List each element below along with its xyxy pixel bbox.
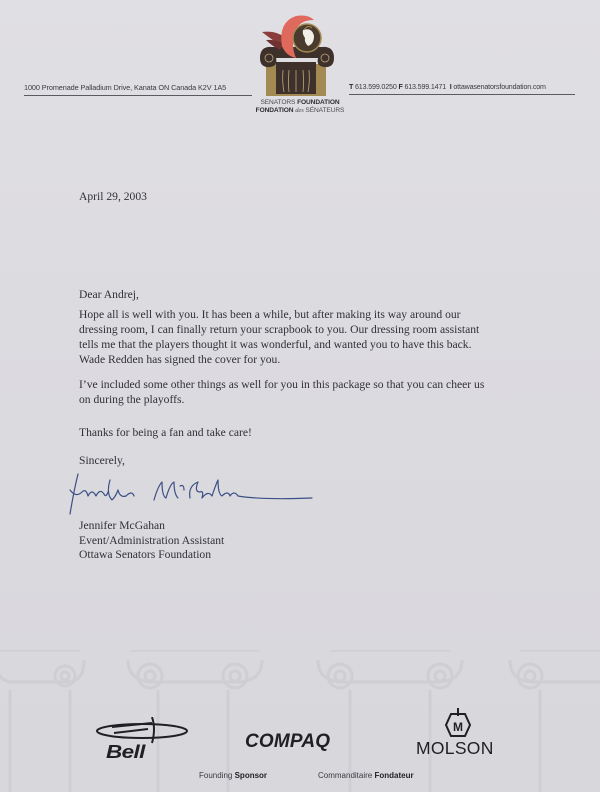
founding-sponsor-label: Founding Sponsor	[199, 771, 267, 780]
letter-page: 1000 Promenade Palladium Drive, Kanata O…	[0, 0, 600, 792]
paragraph-3: Thanks for being a fan and take care!	[79, 425, 599, 440]
letterhead-address: 1000 Promenade Palladium Drive, Kanata O…	[24, 83, 252, 96]
letter-date: April 29, 2003	[79, 189, 147, 204]
paragraph-2: I’ve included some other things as well …	[79, 377, 599, 407]
commanditaire-fondateur-label: Commanditaire Fondateur	[318, 771, 414, 780]
signer-title: Event/Administration Assistant	[79, 534, 224, 549]
paragraph-1: Hope all is well with you. It has been a…	[79, 307, 599, 367]
molson-emblem-icon: M	[444, 708, 472, 738]
molson-logo: M MOLSON	[416, 708, 508, 762]
fax-number: 613.599.1471	[404, 83, 446, 91]
signature-block: Jennifer McGahan Event/Administration As…	[79, 519, 224, 563]
letterhead-contact: T 613.599.0250 F 613.599.1471 I ottawase…	[349, 83, 575, 95]
compaq-logo: COMPAQ	[245, 731, 330, 753]
signature-icon	[62, 470, 322, 520]
senators-foundation-logo-icon	[256, 12, 342, 98]
signer-name: Jennifer McGahan	[79, 519, 224, 534]
svg-text:M: M	[453, 720, 463, 734]
foundation-name: SENATORS FOUNDATION FONDATION des SÉNATE…	[240, 99, 360, 115]
phone-number: 613.599.0250	[355, 83, 397, 91]
website: ottawasenatorsfoundation.com	[453, 83, 545, 91]
column-watermark-icon	[0, 650, 600, 792]
closing: Sincerely,	[79, 453, 125, 468]
signer-organization: Ottawa Senators Foundation	[79, 548, 224, 563]
bell-logo: Bell	[96, 717, 196, 767]
salutation: Dear Andrej,	[79, 287, 139, 302]
